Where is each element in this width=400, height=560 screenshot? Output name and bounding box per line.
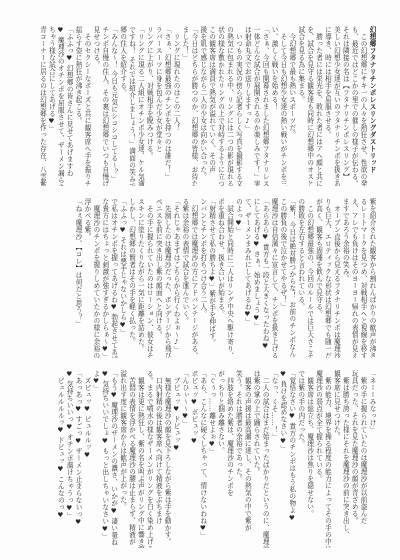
text-column: 「ふふっ♥ 幻想郷の皆さんに見せてあげますわ <box>64 26 73 186</box>
text-column: オープン直後から見えるフタナリチンポは魔理沙の物よ <box>331 198 340 358</box>
text-column: 「なっ、くそ……！」 <box>269 370 278 548</box>
text-column: 幻想郷では魔理沙の方にアドバンテージがある、それを知 <box>189 198 198 358</box>
text-column: の勝敗を左右すると言われている。 <box>296 198 305 358</box>
text-column: 「さぁ、今回も開幕されました幻想郷フタナリレスリング！ <box>260 26 269 186</box>
text-column: い、激しく戦いを始める！ <box>269 26 278 186</box>
text-column: 青コーナーに居るのは幻想郷を作った存在、八雲紫。 <box>40 26 46 186</box>
text-column: 「射精させて私の勝ちよ♥」紫が手を伸ばす。 <box>207 198 216 358</box>
text-column: 「今日はどちらが勝つのか、幻想郷の皆様、お待たせし <box>189 26 198 186</box>
text-column: も、最近ではどこかの里での催しの様子が伝わる。 <box>349 26 358 186</box>
text-column: 「みんな〜！ 今日も元気にシコシコしてる〜？」 <box>109 26 118 186</box>
text-column: 「あら、こんなに硬くしちゃって、情けないわね♥」 <box>198 370 207 548</box>
text-column: 苦悶の表情を浮かべる魔理沙の腰は止まらず、精液が <box>127 370 136 548</box>
text-column: 浮かべる紫。 <box>82 198 91 358</box>
text-column: 試合を見る為に集まる。 <box>296 26 305 186</box>
text-column: ♥ 魔理沙のオチンポを屈服させて、ザーメン漏らさせ <box>55 26 64 186</box>
text-block-middle: 紫を紹介された観客から割れんばかりの歓声が沸き起こるレートマークを見つめ、対戦相… <box>40 198 376 358</box>
text-column: では紫の手の内だった。 <box>296 370 305 548</box>
text-column: ビュルルルルッ♥ ドピュッ♥ こんなのっ♥ <box>55 370 64 548</box>
text-column: 紫を紹介された観客から割れんばかりの歓声が沸き起こ <box>367 198 376 358</box>
text-column: 魔理沙は自信満々に宣言して、チンポを扱き上げる。 <box>269 198 278 358</box>
text-column: 魔理沙のチンポを握りしめていたかの様に余裕の笑みを <box>91 198 100 358</box>
text-column: て、ザーメンまみれにしてあげるわ♥」 <box>242 198 251 358</box>
text-column: この勝負の後で泣かせてやるぜ！」 <box>278 198 287 358</box>
text-column: 「紫！ 今日は絶対勝つからな！ お前のチンポなんか <box>287 198 296 358</box>
text-column: 先制したのは魔理沙だった、ボンデージから飛び出した <box>162 198 171 358</box>
text-column: この幻想郷にサキ一の人々を熱狂させ、性欲の発散を目 <box>358 26 367 186</box>
text-column: 援を肌で感じながら二人の少女は向かい合った。 <box>198 26 207 186</box>
text-column: 「ネーーみなっけ」 <box>367 370 376 548</box>
text-column: の熱気に包まれる中、リングには二つの影が現れる。 <box>225 26 234 186</box>
text-column: 笑う。それは勝者の余裕であった。 <box>234 370 243 548</box>
text-column: ちゃう様な試合にしてあげる♥」 <box>46 26 55 186</box>
text-column: 美しい幻想少女達が互いのフタナリチンポを扱きあい、絶 <box>331 26 340 186</box>
text-column: 四肢を絡めた紫は、魔理沙のチンポを <box>225 370 234 548</box>
text-column: にしてあげる♥ さぁ、始めましょう♥」 <box>251 198 260 358</box>
text-column: ポを重ね合わせ、扱き合いが始まる。 <box>216 198 225 358</box>
text-column: スキンに塗りたくりながら一気に距離を詰めた。 <box>136 198 145 358</box>
text-column: リングに上がり、対戦相手を睨みつける。 <box>144 26 153 186</box>
story-title: 幻想郷フタナリチンポレスリングダストリッド 作 シナウス <box>367 26 376 186</box>
text-column: るレートマークを見つめ、対戦相手へと視線を移す。 <box>358 198 367 358</box>
text-column: 紫の手に握られていたのは魔理沙が以前盗んだ <box>358 370 367 548</box>
text-column: は紫の掌の上で踊らされていた。 <box>251 370 260 548</box>
text-column: ♥ 気持ちいいでしょ♥ もっと出しちゃいなさい♥」 <box>100 370 109 548</box>
text-column: ボビュッ♥ ボビュッ♥ <box>189 370 198 548</box>
text-column: る紫は余裕の表情で試合を運んでいく。 <box>180 198 189 358</box>
text-column: リングに現れたのはこの二人！ <box>171 26 180 186</box>
text-column: 無様な魔理沙の顔を見下ろしながら紫は手を動かす。 <box>162 370 171 548</box>
text-column: 観客は更に熱狂し、紫の名を叫ぶ声がリング中に響き渡る。 <box>136 370 145 548</box>
text-column: ンバンとチンポを打ちつけ合う二人。 <box>198 198 207 358</box>
text-column: 郷の住人を紹介する。 <box>118 26 127 186</box>
text-column: 「もう♥ 魔理沙のザーメンの濃さ、いかが♥ 凄い量ね <box>109 370 118 548</box>
text-column: 「あっあっ♥ すごっ♥ ザーメン止まらないっ♥ <box>73 370 82 548</box>
text-column: この幻想郷最強の、今回のルールでは巨大さこそ <box>305 198 314 358</box>
text-column: 「ぐぅっ……離せよぉ♥」 <box>207 370 216 548</box>
text-column: それは隣接の名は【フタナリチンポレスリング】 <box>340 26 349 186</box>
text-column: 玩具だった、それを見た魔理沙の顔が青ざめる。 <box>349 370 358 548</box>
text-column: 紫の能力、境界を操る程度の能力によってその手の中に <box>323 370 332 548</box>
text-column: が高く、観客も固唾を飲んで見守る。 <box>314 198 323 358</box>
text-column: チンポ自慢の住人、その裏は幻想郷でいつも自慢げに <box>100 26 109 186</box>
text-column: 観客の声援は最高潮に達し、その熱気の中で紫が <box>242 370 251 548</box>
book-page: 幻想郷フタナリチンポレスリングダストリッド 作 シナウス この幻想郷にサキ一の人… <box>0 0 400 560</box>
text-column: は射命丸文でお送りしますっ♪」 <box>242 26 251 186</box>
text-column: ますであろう余裕の笑み。 <box>340 198 349 358</box>
text-column: で私はオチンポを握ってあげるわ♥ 勃起させてあげるわ <box>109 198 118 358</box>
text-column: 観客席は総立ち、魔理沙は焦りを隠せない。 <box>305 370 314 548</box>
text-block-bottom: 「ネーーみなっけ」 紫の手に握られていたのは魔理沙が以前盗んだ玩具だった、それを… <box>40 370 376 548</box>
text-block-top: 幻想郷フタナリチンポレスリングダストリッド 作 シナウス この幻想郷にサキ一の人… <box>40 26 376 186</box>
text-column: 「覚悟なさい♥ 貴方のチンポはもう私の物よ♥ <box>287 370 296 548</box>
text-column: ですね！ それでは紹介しましょう！」満面の笑みで幻想 <box>127 26 136 186</box>
text-column: 「リングに現る二人組にオチンポ少女達、ケル気満々の様子 <box>136 26 145 186</box>
text-column: この観客席は満員で熱気が溢れていく、その声 <box>207 26 216 186</box>
text-column: 魔理沙の弱点が全て握られている。 <box>314 370 323 548</box>
text-column: その手に握られていたのはローション、彼女はそれを <box>144 198 153 358</box>
text-column: りも巨大、エロティックな形状は幻想郷でも随一だと評判 <box>323 198 332 358</box>
text-column: を、試合を見守る観客達も同時に幻想郷中のオスとして <box>305 26 314 186</box>
text-column: 溢れ出す度に観客席からは歓声が上がった。 <box>118 370 127 548</box>
text-column: がっちりと掴み離さない。 <box>216 370 225 548</box>
text-column: ブピュッ♥ ドピュッ♥ <box>171 370 180 548</box>
text-column: 「あらあら♥ 貴方も一段と大きくなったわね♥ <box>260 198 269 358</box>
text-column: のよっ♥」 <box>234 198 243 358</box>
text-column: 二人の試合はまだ始まったばかりだというのに、魔理沙 <box>260 370 269 548</box>
text-column: ペニスを前に突き出し紫の顔面へと向ける。 <box>153 198 162 358</box>
text-column: 「ふふっ♥ それは悪手じゃないかしら♥」 <box>118 198 127 358</box>
text-column: 「ねぇ魔理沙、【コレ】は何だと思う？」 <box>73 198 82 358</box>
text-column: しかし、幻想郷の賢者はその手を軽く払った。 <box>127 198 136 358</box>
text-column: ました！」 <box>180 26 189 186</box>
text-column: ラバースーツに身を包んだ少女が堂々と <box>153 26 162 186</box>
text-column: 紫は勝ち誇った様にそれを魔理沙の前に突き出し、 <box>340 370 349 548</box>
text-column: る。まるで噴水の様なザーメンがリングを白く染め上げる。 <box>144 370 153 548</box>
text-column: 揺らす姿に熱狂が沸き起こる。 <box>73 26 82 186</box>
text-column: 観客席に見せつけた。 <box>331 370 340 548</box>
text-column: 勝った者には栄光を、敗れた者にはアヘ顔と共に屈辱 <box>314 26 323 186</box>
text-column: に導き、時には相手を屈服させる。 <box>323 26 332 186</box>
text-column: ♥ 負けを認めなさい♥」 <box>278 370 287 548</box>
text-column: いつもの実況の傍ら記者らしく写真を撮影する文。そ <box>234 26 243 186</box>
text-column: 口内射精の後は観客席へ向けて精液をぶちまけ <box>153 370 162 548</box>
text-column: 試合開始と同時に二人はリング中央へ駆け寄り、互いのチン <box>225 198 234 358</box>
text-column: ズビュッ♥ ビュルルッ♥ <box>82 370 91 548</box>
text-column: ♥ 気持ちいいっ♥ オチンポ蕩けちゃうっ♥」 <box>64 370 73 548</box>
text-column: 「んひぃ〜〜♥」 <box>180 370 189 548</box>
text-column: 見せつける。 <box>91 26 100 186</box>
text-column: よ♥」 <box>91 370 100 548</box>
text-column: え、アレでも負けはそのヨーヨー帰れの表情が見えてい <box>349 198 358 358</box>
text-column: 今幻想郷で最も熱いスポーツだ。 <box>287 26 296 186</box>
text-column: 状の様な敷かれたリングの上で対峙するように立つ二人。 <box>216 26 225 186</box>
text-column: そのセクシーなポーズと共に観客席へ手を振りチンポを <box>82 26 91 186</box>
text-column: 「さぁ、幻想郷最強のチンポを持つのは誰だ！」 <box>162 26 171 186</box>
text-column: 一体どんな試合が展開されるのか楽しみです！」実況 <box>251 26 260 186</box>
text-column: な貴方にはちょっと刺激が強すぎるかしらぁ〜♥」 <box>100 198 109 358</box>
text-column: そして今日も幻想少女達の熱い戦いがチンポを三つ分合 <box>278 26 287 186</box>
text-column: 「それじゃあまずはこちらから行くわよぉ〜♪」 <box>171 198 180 358</box>
